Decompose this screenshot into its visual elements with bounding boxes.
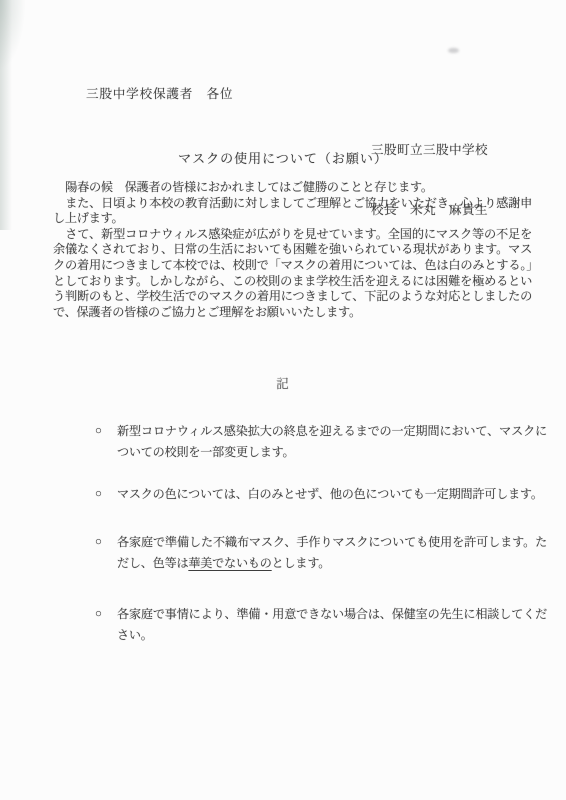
- memo-marker: 記: [0, 374, 566, 392]
- list-item: ○ 各家庭で準備した不織布マスク、手作りマスクについても使用を許可します。ただし…: [95, 532, 547, 574]
- list-item: ○ マスクの色については、白のみとせず、他の色についても一定期間許可します。: [95, 484, 547, 505]
- body-paragraphs: 陽春の候 保護者の皆様におかれましてはご健勝のことと存じます。 また、日頃より本…: [53, 180, 532, 320]
- list-item-text: 各家庭で事情により、準備・用意できない場合は、保健室の先生に相談してください。: [117, 604, 547, 646]
- bullet-list: ○ 新型コロナウィルス感染拡大の終息を迎えるまでの一定期間において、マスクについ…: [95, 421, 547, 646]
- list-item-text: 新型コロナウィルス感染拡大の終息を迎えるまでの一定期間において、マスクについての…: [117, 421, 547, 463]
- scan-speck: [448, 48, 459, 53]
- paragraph-greeting: 陽春の候 保護者の皆様におかれましてはご健勝のことと存じます。: [53, 180, 532, 196]
- addressee-line: 三股中学校保護者 各位: [86, 83, 233, 102]
- paragraph-main: さて、新型コロナウィルス感染症が広がりを見せています。全国的にマスク等の不足を余…: [53, 227, 532, 321]
- circle-bullet-icon: ○: [95, 421, 117, 442]
- item-text-segment: マスクの色については、白のみとせず、他の色についても一定期間許可します。: [117, 487, 543, 501]
- scan-edge-shadow: [0, 0, 12, 230]
- item-underlined-segment: 華美でないもの: [188, 556, 271, 570]
- item-text-segment: 各家庭で準備した不織布マスク、手作りマスクについても使用を許可します。ただし、色…: [117, 535, 547, 570]
- item-text-segment: 各家庭で事情により、準備・用意できない場合は、保健室の先生に相談してください。: [117, 607, 547, 642]
- circle-bullet-icon: ○: [95, 484, 117, 505]
- scan-corner-shadow: [0, 0, 26, 70]
- document-title: マスクの使用について（お願い）: [0, 148, 566, 167]
- list-item: ○ 新型コロナウィルス感染拡大の終息を迎えるまでの一定期間において、マスクについ…: [95, 421, 547, 463]
- paragraph-thanks: また、日頃より本校の教育活動に対しましてご理解とご協力をいただき、心より感謝申し…: [53, 196, 532, 227]
- item-text-segment: 新型コロナウィルス感染拡大の終息を迎えるまでの一定期間において、マスクについての…: [117, 424, 547, 459]
- circle-bullet-icon: ○: [95, 532, 117, 553]
- scanned-letter-page: 三股中学校保護者 各位 三股町立三股中学校 校長 米丸 麻貴生 マスクの使用につ…: [0, 0, 566, 800]
- item-text-segment: とします。: [272, 556, 331, 570]
- list-item: ○ 各家庭で事情により、準備・用意できない場合は、保健室の先生に相談してください…: [95, 604, 547, 646]
- circle-bullet-icon: ○: [95, 604, 117, 625]
- list-item-text: マスクの色については、白のみとせず、他の色についても一定期間許可します。: [117, 484, 547, 505]
- list-item-text: 各家庭で準備した不織布マスク、手作りマスクについても使用を許可します。ただし、色…: [117, 532, 547, 574]
